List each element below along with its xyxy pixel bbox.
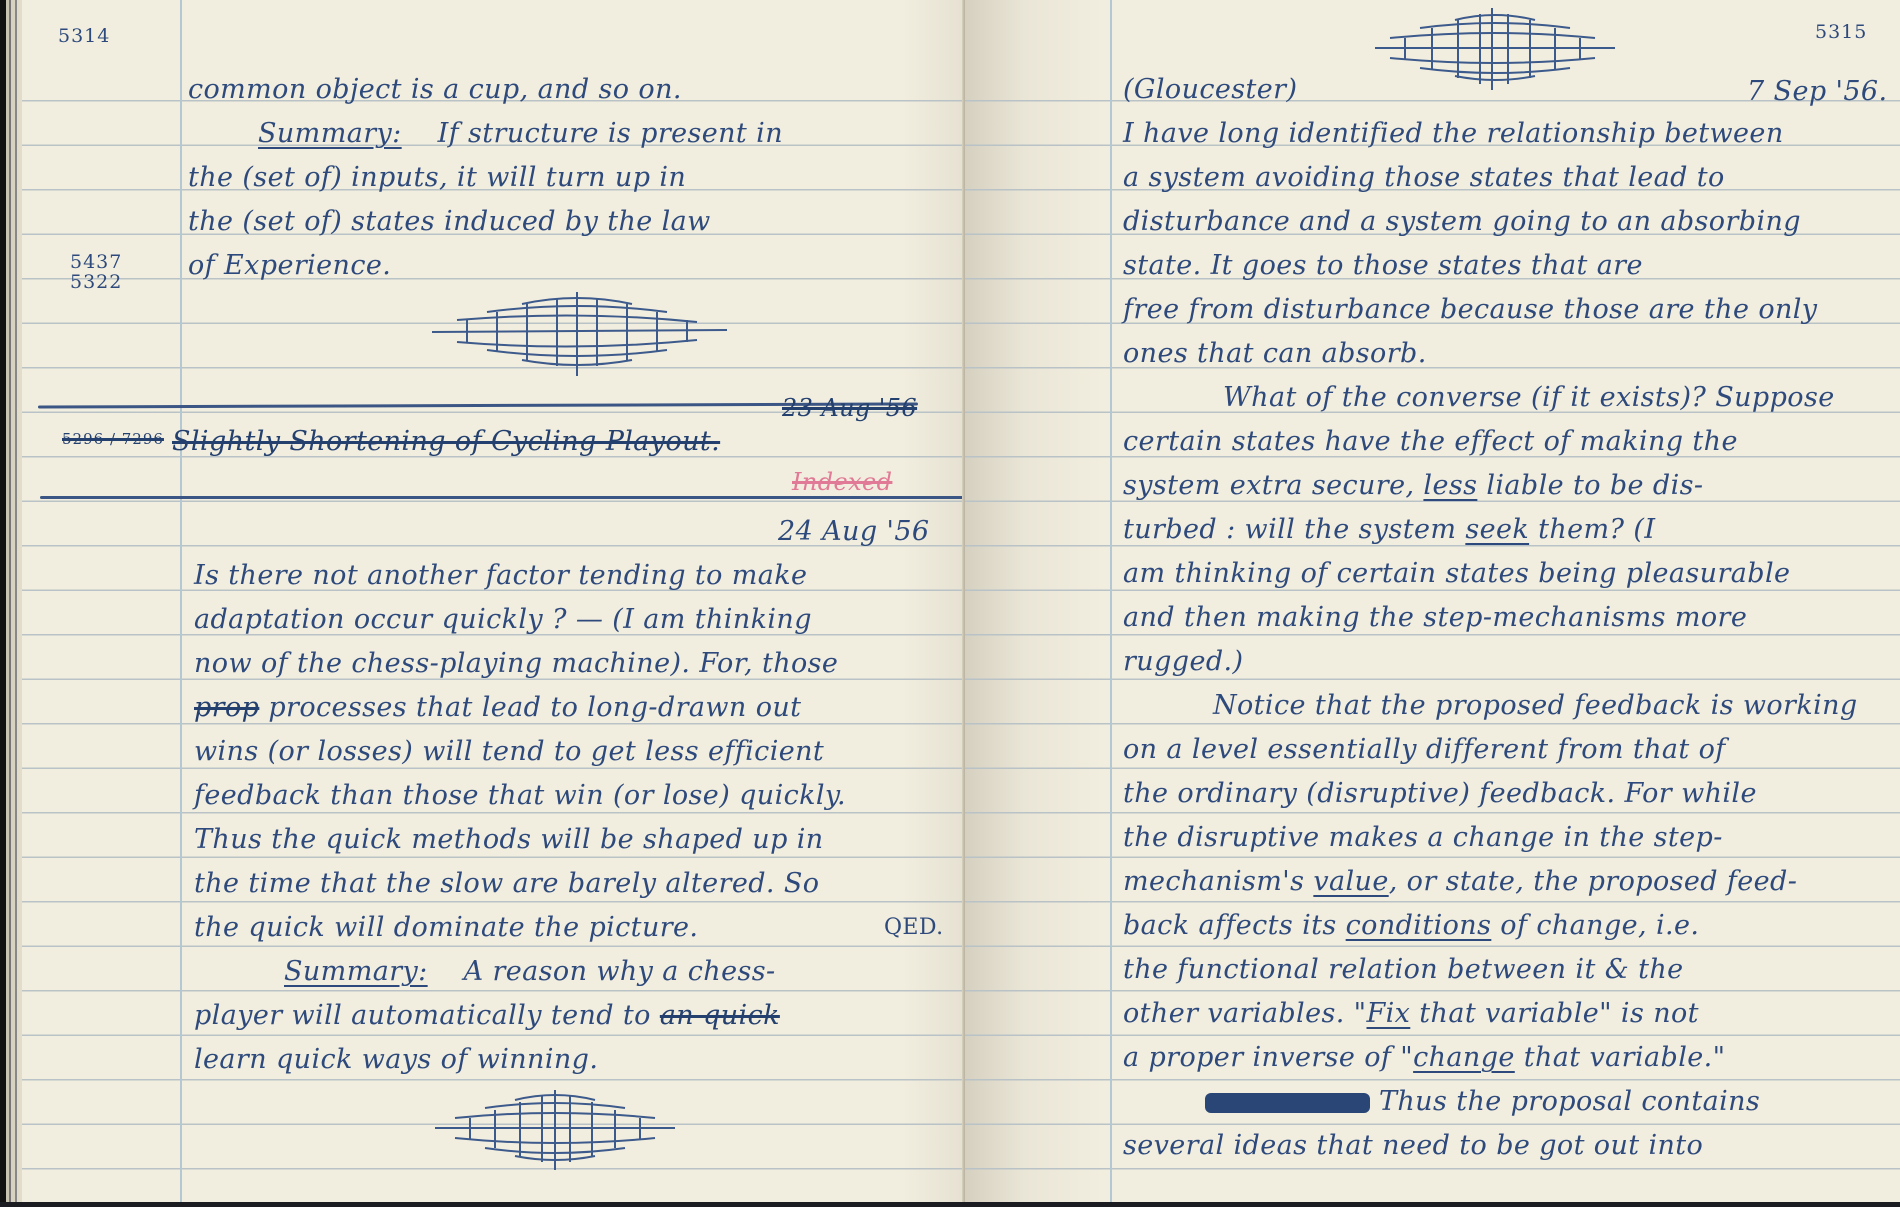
paragraph-3-line: a proper inverse of "change that variabl… xyxy=(1123,1036,1725,1080)
margin-rule xyxy=(180,0,182,1203)
place-heading: (Gloucester) xyxy=(1123,68,1297,112)
entry-date: 7 Sep '56. xyxy=(1747,70,1887,114)
notebook-spread: 5314 common object is a cup, and so on. … xyxy=(0,0,1900,1203)
paragraph-1-line: ones that can absorb. xyxy=(1123,332,1427,376)
entry-summary-line-3: learn quick ways of winning. xyxy=(194,1038,598,1082)
entry-line: now of the chess-playing machine). For, … xyxy=(194,642,838,686)
crosshatch-ornament-icon xyxy=(1370,4,1620,92)
paragraph-2-line: turbed : will the system seek them? (I xyxy=(1123,508,1655,552)
entry-line: Thus the quick methods will be shaped up… xyxy=(194,818,824,862)
paragraph-2-line: am thinking of certain states being plea… xyxy=(1123,552,1790,596)
cancelled-title: Slightly Shortening of Cycling Playout. xyxy=(172,420,720,464)
paragraph-3-line: other variables. "Fix that variable" is … xyxy=(1123,992,1699,1036)
entry-summary-line-1: Summary: A reason why a chess- xyxy=(284,950,775,994)
paragraph-3-line: the ordinary (disruptive) feedback. For … xyxy=(1123,772,1757,816)
paragraph-4-line: Thus the proposal contains xyxy=(1205,1080,1760,1124)
entry-line: prop processes that lead to long-drawn o… xyxy=(194,686,801,730)
paragraph-3-line: the disruptive makes a change in the ste… xyxy=(1123,816,1723,860)
cancel-rule-bottom xyxy=(40,496,965,499)
summary-line-2: the (set of) inputs, it will turn up in xyxy=(188,156,686,200)
right-page: 5315 (Gloucester) 7 Sep '56. I have long… xyxy=(965,0,1900,1203)
continuation-line: common object is a cup, and so on. xyxy=(188,68,682,112)
crosshatch-ornament-icon xyxy=(427,290,737,380)
paragraph-2-line: and then making the step-mechanisms more xyxy=(1123,596,1747,640)
bottom-edge xyxy=(0,1202,1900,1207)
entry-date: 24 Aug '56 xyxy=(778,510,929,554)
entry-line: feedback than those that win (or lose) q… xyxy=(194,774,846,818)
paragraph-2-line: What of the converse (if it exists)? Sup… xyxy=(1223,376,1835,420)
page-number: 5314 xyxy=(58,14,110,58)
paragraph-1-line: disturbance and a system going to an abs… xyxy=(1123,200,1801,244)
paragraph-1-line: free from disturbance because those are … xyxy=(1123,288,1817,332)
summary-line-1: Summary: If structure is present in xyxy=(258,112,783,156)
paragraph-3-line: on a level essentially different from th… xyxy=(1123,728,1726,772)
left-page: 5314 common object is a cup, and so on. … xyxy=(22,0,965,1203)
paragraph-2-line: system extra secure, less liable to be d… xyxy=(1123,464,1703,508)
binding-edge xyxy=(0,0,22,1207)
page-number: 5315 xyxy=(1815,10,1867,54)
cancelled-margin-ref: 5296 / 7296 xyxy=(62,430,164,448)
paragraph-1-line: a system avoiding those states that lead… xyxy=(1123,156,1725,200)
margin-rule xyxy=(1110,0,1112,1203)
crosshatch-ornament-icon xyxy=(430,1088,680,1173)
summary-line-3: the (set of) states induced by the law xyxy=(188,200,711,244)
margin-ref-2: 5322 xyxy=(70,272,122,292)
entry-line: wins (or losses) will tend to get less e… xyxy=(194,730,824,774)
margin-ref-1: 5437 xyxy=(70,252,122,272)
entry-line: adaptation occur quickly ? — (I am think… xyxy=(194,598,812,642)
paragraph-4-line: several ideas that need to be got out in… xyxy=(1123,1124,1703,1168)
paragraph-2-line: certain states have the effect of making… xyxy=(1123,420,1738,464)
cancelled-date: 23 Aug '56 xyxy=(782,386,917,430)
scribbled-out-word xyxy=(1205,1093,1370,1113)
summary-label: Summary: xyxy=(258,118,402,149)
paragraph-3-line: Notice that the proposed feedback is wor… xyxy=(1213,684,1858,728)
paragraph-3-line: mechanism's value, or state, the propose… xyxy=(1123,860,1797,904)
entry-line: the quick will dominate the picture. xyxy=(194,906,698,950)
paragraph-1-line: state. It goes to those states that are xyxy=(1123,244,1643,288)
struck-word: prop xyxy=(194,692,259,723)
entry-line: the time that the slow are barely altere… xyxy=(194,862,819,906)
paragraph-2-line: rugged.) xyxy=(1123,640,1243,684)
entry-summary-line-2: player will automatically tend to an qui… xyxy=(194,994,780,1038)
paragraph-1-line: I have long identified the relationship … xyxy=(1123,112,1784,156)
summary-line-4: of Experience. xyxy=(188,244,391,288)
entry-line: Is there not another factor tending to m… xyxy=(194,554,807,598)
paragraph-3-line: back affects its conditions of change, i… xyxy=(1123,904,1699,948)
qed-mark: QED. xyxy=(884,906,944,950)
paragraph-3-line: the functional relation between it & the xyxy=(1123,948,1684,992)
